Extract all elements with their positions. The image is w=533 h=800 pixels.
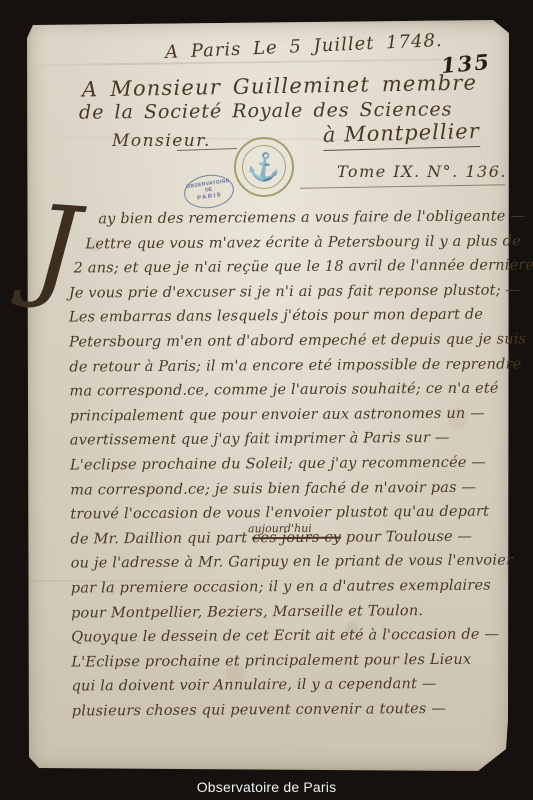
manuscript-line: pour Montpellier, Beziers, Marseille et … [71,598,513,626]
letter-body-text: ay bien des remerciemens a vous faire de… [68,204,514,724]
manuscript-line: L'eclipse prochaine du Soleil; que j'ay … [70,450,512,478]
oval-stamp-text: PARIS [197,192,223,202]
salutation: Monsieur. [112,131,211,151]
correction-suffix: pour Toulouse — [341,528,472,545]
marine-depot-stamp: ⚓ [230,133,298,201]
recipient-society-line: de la Societé Royale des Sciences [79,98,453,123]
manuscript-line: Lettre que vous m'avez écrite à Petersbo… [68,229,510,257]
archive-reference: Tome IX. N°. 136. [337,162,507,181]
manuscript-line: 2 ans; et que je n'ai reçüe que le 18 av… [69,254,511,282]
viewer-caption: Observatoire de Paris [0,779,533,795]
manuscript-line: Petersbourg m'en ont d'abord empeché et … [69,327,511,355]
manuscript-line: ay bien des remerciemens a vous faire de… [68,204,510,232]
manuscript-line: L'Eclipse prochaine et principalement po… [71,647,513,675]
manuscript-line: ou je l'adresse à Mr. Garipuy en le pria… [71,549,513,577]
manuscript-line-with-correction: de Mr. Daillion qui part aujourd'huices … [70,524,512,552]
paper-fold-crease [27,58,511,67]
manuscript-line: qui la doivent voir Annulaire, il y a ce… [71,672,513,700]
manuscript-line: plusieurs choses qui peuvent convenir a … [72,696,514,724]
correction-prefix: de Mr. Daillion qui part [70,530,252,547]
manuscript-line: ma correspond.ce, comme je l'aurois souh… [69,377,511,405]
struck-text-wrap: aujourd'huices jours cy [252,529,341,546]
destination-city: à Montpellier [323,119,480,151]
manuscript-line: avertissement que j'ay fait imprimer à P… [70,426,512,454]
manuscript-line: Je vous prie d'excuser si je n'i ai pas … [69,278,511,306]
manuscript-line: ma correspond.ce; je suis bien faché de … [70,475,512,503]
manuscript-line: de retour à Paris; il m'a encore eté imp… [69,352,511,380]
inserted-word: aujourd'hui [248,517,312,542]
manuscript-line: Quoyque le dessein de cet Ecrit ait eté … [71,623,513,651]
manuscript-line: Les embarras dans lesquels j'étois pour … [69,303,511,331]
manuscript-line: par la premiere occasion; il y en a d'au… [71,573,513,601]
manuscript-line: principalement que pour envoier aux astr… [70,401,512,429]
anchor-icon: ⚓ [232,135,295,198]
